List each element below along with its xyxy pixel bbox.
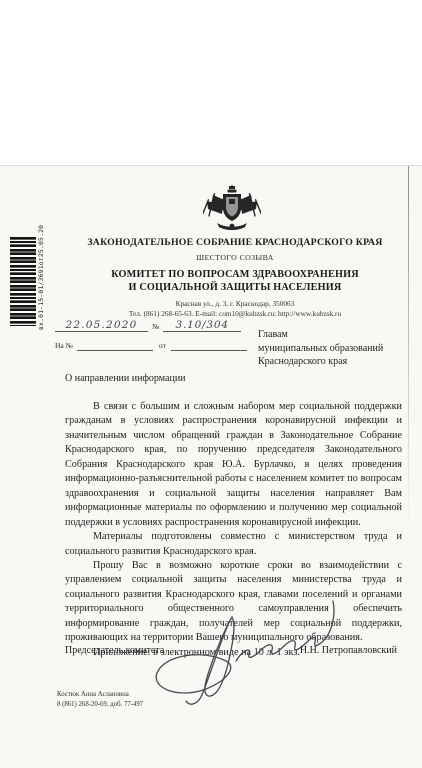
recipient-line1: Главам [258,328,383,342]
reference-block: 22.05.2020 № 3.10/304 На № от [55,312,247,351]
number-sign-label: № [148,322,163,332]
scan-edge-artifact [408,166,409,536]
recipient-line2: муниципальных образований [258,342,383,356]
body-paragraph-2: Материалы подготовлены совместно с минис… [65,530,402,559]
organization-name: ЗАКОНОДАТЕЛЬНОЕ СОБРАНИЕ КРАСНОДАРСКОГО … [48,237,422,248]
subject-line: О направлении информации [65,373,186,384]
reply-number-blank [77,340,153,351]
handwritten-date: 22.05.2020 [65,319,137,331]
outgoing-number-blank: 3.10/304 [163,319,241,332]
barcode [10,237,36,326]
coat-of-arms-icon [203,185,261,233]
signature-row: Председатель комитета Н.Н. Петропавловск… [65,645,397,656]
signer-name: Н.Н. Петропавловский [300,645,397,656]
barcode-registration-label: вх.01-15-01/3691от25.05.20 [37,234,48,330]
reply-from-label: от [153,341,171,351]
letterhead: ЗАКОНОДАТЕЛЬНОЕ СОБРАНИЕ КРАСНОДАРСКОГО … [48,237,422,318]
reply-to-number-label: На № [55,341,77,351]
committee-name-line1: КОМИТЕТ ПО ВОПРОСАМ ЗДРАВООХРАНЕНИЯ [48,268,422,281]
reply-date-blank [171,340,247,351]
body-paragraph-1: В связи с большим и сложным набором мер … [65,400,402,530]
executor-name: Костюк Анна Аслановна [57,690,143,700]
recipient-line3: Краснодарского края [258,355,383,369]
postal-address: Красная ул., д. 3, г. Краснодар, 350063 [48,299,422,308]
committee-name-line2: И СОЦИАЛЬНОЙ ЗАЩИТЫ НАСЕЛЕНИЯ [48,281,422,294]
outgoing-date-blank: 22.05.2020 [55,319,148,332]
scanned-letter: вх.01-15-01/3691от25.05.20 [0,0,422,768]
convocation-line: ШЕСТОГО СОЗЫВА [48,253,422,262]
handwritten-number: 3.10/304 [175,319,228,331]
executor-block: Костюк Анна Аслановна 8 (861) 268-20-69,… [57,690,143,709]
executor-phone: 8 (861) 268-20-69, доб. 77-497 [57,700,143,710]
signer-position: Председатель комитета [65,645,164,656]
recipient-block: Главам муниципальных образований Краснод… [258,328,383,369]
